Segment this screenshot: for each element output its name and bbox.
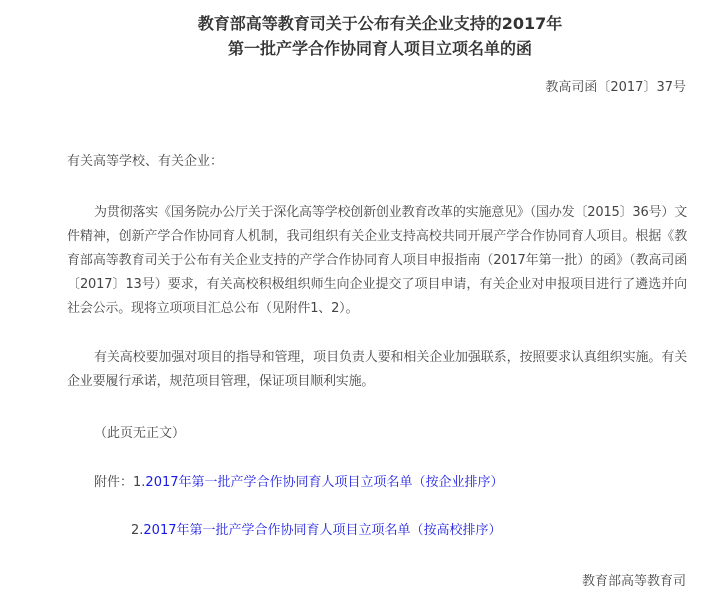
body-paragraph-2: 有关高校要加强对项目的指导和管理，项目负责人要和相关企业加强联系，按照要求认真组… bbox=[67, 346, 687, 394]
attachment-prefix: 附件： bbox=[94, 475, 133, 490]
signature: 教育部高等教育司 bbox=[582, 572, 686, 592]
salutation: 有关高等学校、有关企业： bbox=[67, 152, 223, 172]
document-title-line-1: 教育部高等教育司关于公布有关企业支持的2017年 bbox=[0, 12, 718, 36]
document-number: 教高司函〔2017〕37号 bbox=[545, 78, 686, 98]
no-body-note: （此页无正文） bbox=[94, 424, 185, 444]
attachment-2-number: 2. bbox=[131, 523, 143, 538]
attachment-2: 2.2017年第一批产学合作协同育人项目立项名单（按高校排序） bbox=[131, 521, 502, 541]
attachment-2-link[interactable]: 2017年第一批产学合作协同育人项目立项名单（按高校排序） bbox=[143, 523, 501, 538]
attachment-1-number: 1. bbox=[133, 475, 145, 490]
document-title-line-2: 第一批产学合作协同育人项目立项名单的函 bbox=[0, 37, 718, 61]
attachment-1: 附件：1.2017年第一批产学合作协同育人项目立项名单（按企业排序） bbox=[94, 473, 504, 493]
attachment-1-link[interactable]: 2017年第一批产学合作协同育人项目立项名单（按企业排序） bbox=[145, 475, 503, 490]
body-paragraph-1: 为贯彻落实《国务院办公厅关于深化高等学校创新创业教育改革的实施意见》（国办发〔2… bbox=[67, 201, 687, 321]
